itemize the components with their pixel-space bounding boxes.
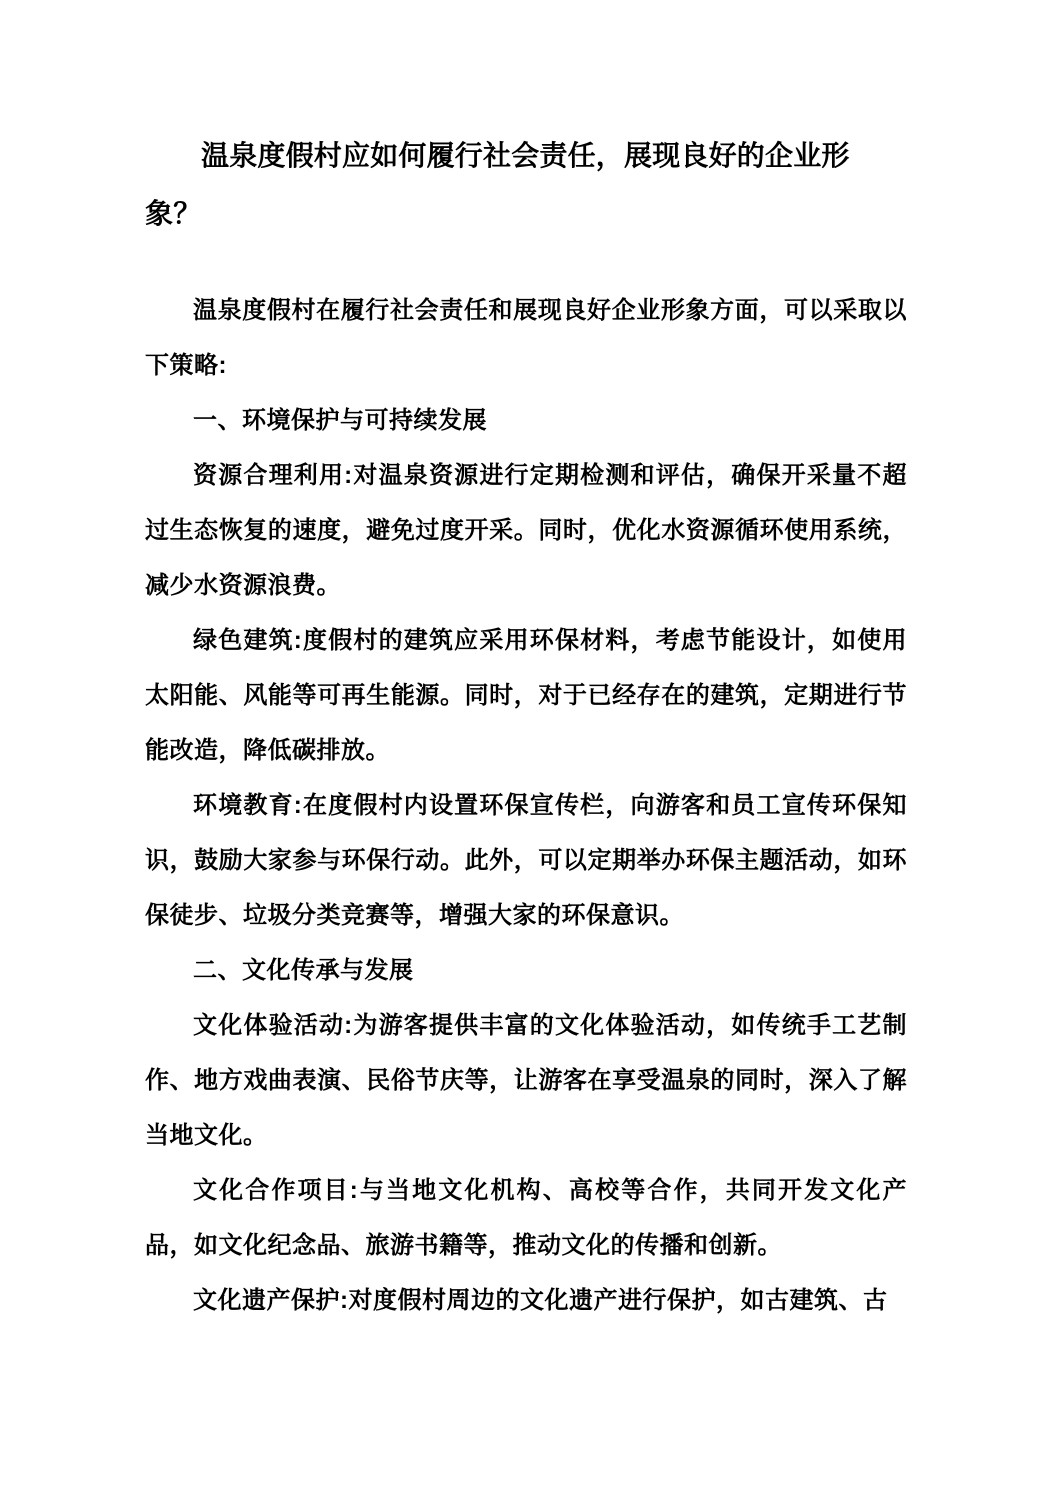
section-heading-culture: 二、文化传承与发展 (145, 943, 907, 998)
paragraph-green-building: 绿色建筑:度假村的建筑应采用环保材料，考虑节能设计，如使用太阳能、风能等可再生能… (145, 613, 907, 778)
paragraph-environmental-education: 环境教育:在度假村内设置环保宣传栏，向游客和员工宣传环保知识，鼓励大家参与环保行… (145, 778, 907, 943)
paragraph-cultural-experience: 文化体验活动:为游客提供丰富的文化体验活动，如传统手工艺制作、地方戏曲表演、民俗… (145, 998, 907, 1163)
paragraph-cultural-cooperation: 文化合作项目:与当地文化机构、高校等合作，共同开发文化产品，如文化纪念品、旅游书… (145, 1163, 907, 1273)
paragraph-intro: 温泉度假村在履行社会责任和展现良好企业形象方面，可以采取以下策略: (145, 283, 907, 393)
paragraph-cultural-heritage: 文化遗产保护:对度假村周边的文化遗产进行保护，如古建筑、古 (145, 1273, 907, 1328)
section-heading-environment: 一、环境保护与可持续发展 (145, 393, 907, 448)
document-body: 温泉度假村在履行社会责任和展现良好企业形象方面，可以采取以下策略: 一、环境保护… (145, 283, 907, 1328)
document-title: 温泉度假村应如何履行社会责任，展现良好的企业形象？ (145, 127, 857, 243)
paragraph-resource-utilization: 资源合理利用:对温泉资源进行定期检测和评估，确保开采量不超过生态恢复的速度，避免… (145, 448, 907, 613)
document-page: 温泉度假村应如何履行社会责任，展现良好的企业形象？ 温泉度假村在履行社会责任和展… (0, 0, 1059, 1497)
